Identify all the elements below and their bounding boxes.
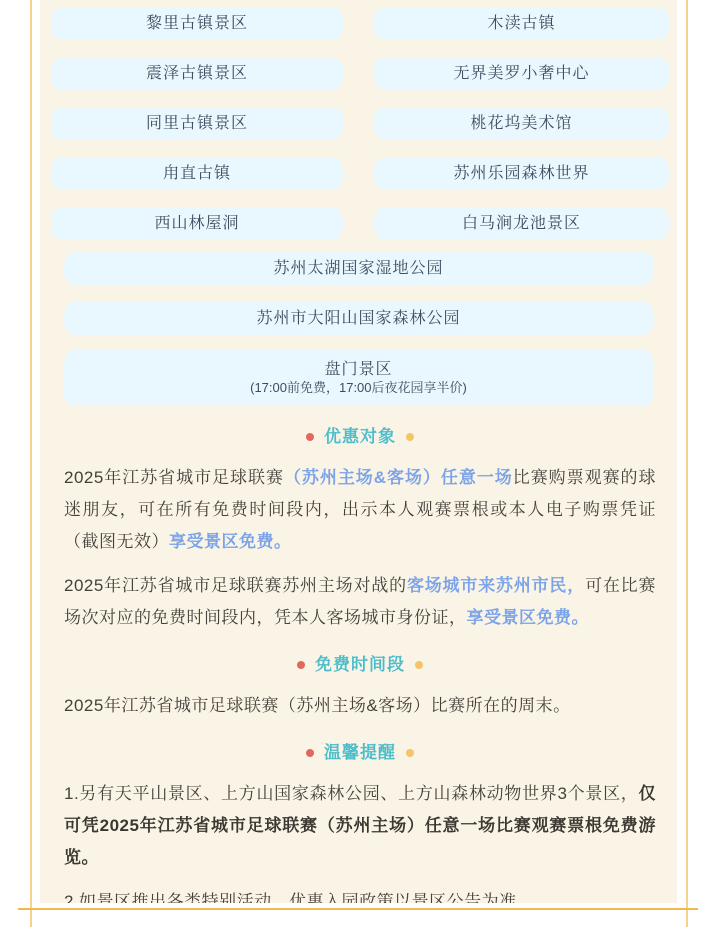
paragraph: 2025年江苏省城市足球联赛苏州主场对战的客场城市来苏州市民，可在比赛场次对应的… [64, 570, 656, 634]
text-run: 2025年江苏省城市足球联赛（苏州主场&客场）比赛所在的周末。 [64, 696, 571, 715]
section-title: 免费时间段 [315, 652, 405, 678]
text-run: 2.如景区推出各类特别活动，优惠入园政策以景区公告为准。 [64, 892, 534, 903]
red-dot-icon [306, 433, 314, 441]
venue-button: 西山林屋洞 [51, 207, 343, 240]
venue-button: 苏州乐园森林世界 [374, 157, 669, 190]
venue-grid: 黎里古镇景区 木渎古镇 震泽古镇景区 无界美罗小奢中心 同里古镇景区 桃花坞美术… [51, 0, 669, 240]
frame-line-bottom [18, 908, 698, 910]
article-sections: 优惠对象 2025年江苏省城市足球联赛（苏州主场&客场）任意一场比赛购票观赛的球… [40, 424, 677, 903]
section-heading-reminder: 温馨提醒 [64, 740, 656, 766]
venue-note: (17:00前免费，17:00后夜花园享半价) [250, 381, 467, 394]
section-title: 优惠对象 [324, 424, 396, 450]
text-run: 享受景区免费。 [467, 608, 590, 627]
text-run: 2025年江苏省城市足球联赛苏州主场对战的 [64, 576, 407, 595]
section-title: 温馨提醒 [324, 740, 396, 766]
venue-button: 桃花坞美术馆 [374, 107, 669, 140]
frame-line-right [686, 0, 688, 927]
text-run: （苏州主场&客场）任意一场 [284, 468, 513, 487]
venue-button-wide: 苏州太湖国家湿地公园 [64, 252, 654, 285]
text-run: 1.另有天平山景区、上方山国家森林公园、上方山森林动物世界3个景区， [64, 784, 639, 803]
yellow-dot-icon [406, 749, 414, 757]
venue-button: 黎里古镇景区 [51, 7, 343, 40]
venue-button-special: 盘门景区 (17:00前免费，17:00后夜花园享半价) [64, 350, 654, 406]
venue-button: 甪直古镇 [51, 157, 343, 190]
venue-button: 同里古镇景区 [51, 107, 343, 140]
venue-button: 木渎古镇 [374, 7, 669, 40]
paragraph: 1.另有天平山景区、上方山国家森林公园、上方山森林动物世界3个景区，仅可凭202… [64, 778, 656, 874]
yellow-dot-icon [415, 661, 423, 669]
text-run: 享受景区免费。 [169, 532, 292, 551]
red-dot-icon [297, 661, 305, 669]
paragraph: 2025年江苏省城市足球联赛（苏州主场&客场）任意一场比赛购票观赛的球迷朋友，可… [64, 462, 656, 558]
venue-name: 盘门景区 [324, 362, 392, 378]
section-heading-benefit-target: 优惠对象 [64, 424, 656, 450]
venue-button: 白马涧龙池景区 [374, 207, 669, 240]
paragraph: 2.如景区推出各类特别活动，优惠入园政策以景区公告为准。 [64, 886, 656, 903]
frame-line-left [30, 0, 32, 927]
text-run: 2025年江苏省城市足球联赛 [64, 468, 284, 487]
text-run: 客场城市来苏州市民， [407, 576, 585, 595]
yellow-dot-icon [406, 433, 414, 441]
section-heading-free-period: 免费时间段 [64, 652, 656, 678]
venue-button-wide: 苏州市大阳山国家森林公园 [64, 302, 654, 335]
venue-button: 震泽古镇景区 [51, 57, 343, 90]
red-dot-icon [306, 749, 314, 757]
venue-button: 无界美罗小奢中心 [374, 57, 669, 90]
article-panel: 黎里古镇景区 木渎古镇 震泽古镇景区 无界美罗小奢中心 同里古镇景区 桃花坞美术… [40, 0, 677, 903]
paragraph: 2025年江苏省城市足球联赛（苏州主场&客场）比赛所在的周末。 [64, 690, 656, 722]
